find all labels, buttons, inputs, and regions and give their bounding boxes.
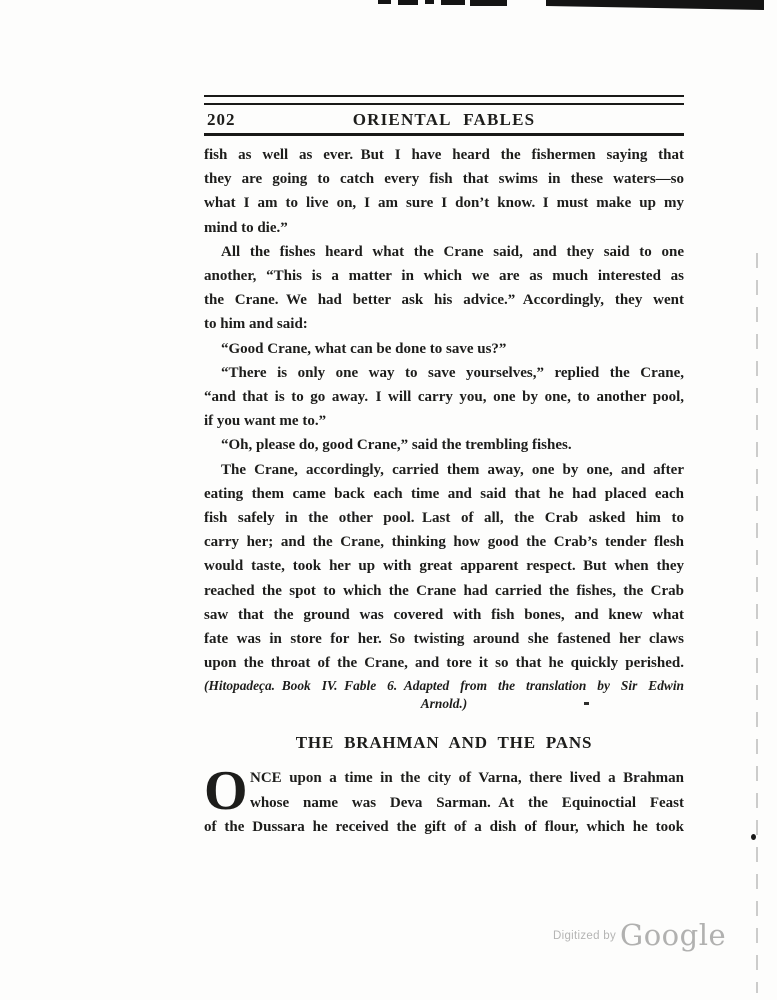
text-line: fish safely in the other pool. Last of a…	[204, 506, 684, 530]
text-line: eating them came back each time and said…	[204, 482, 684, 506]
text-line: the Crane. We had better ask his advice.…	[204, 288, 684, 312]
section-heading: THE BRAHMAN AND THE PANS	[204, 733, 684, 753]
scan-edge-line	[756, 253, 758, 993]
fable-brahman-text: O NCE upon a time in the city of Varna, …	[204, 766, 684, 839]
text-line: to him and said:	[204, 312, 684, 336]
watermark-prefix: Digitized by	[553, 930, 616, 942]
text-line: All the fishes heard what the Crane said…	[204, 240, 684, 264]
text-line: The Crane, accordingly, carried them awa…	[204, 458, 684, 482]
citation-line: (Hitopadeça. Book IV. Fable 6. Adapted f…	[204, 677, 684, 695]
text-line: “Oh, please do, good Crane,” said the tr…	[204, 433, 684, 457]
text-line: reached the spot to which the Crane had …	[204, 579, 684, 603]
text-line: “Good Crane, what can be done to save us…	[204, 337, 684, 361]
digitized-watermark: Digitized by Google	[553, 918, 726, 952]
fable-citation: (Hitopadeça. Book IV. Fable 6. Adapted f…	[204, 677, 684, 712]
citation-line: Arnold.)	[204, 695, 684, 713]
text-line: another, “This is a matter in which we a…	[204, 264, 684, 288]
header-double-rule	[204, 95, 684, 105]
text-line: upon the throat of the Crane, and tore i…	[204, 651, 684, 675]
text-line: they are going to catch every fish that …	[204, 167, 684, 191]
header-rule	[204, 133, 684, 136]
text-line: carry her; and the Crane, thinking how g…	[204, 530, 684, 554]
page-number: 202	[207, 110, 236, 130]
scan-ink-dot	[751, 834, 756, 840]
text-line: “There is only one way to save yourselve…	[204, 361, 684, 385]
running-title: ORIENTAL FABLES	[204, 108, 684, 130]
running-header: 202 ORIENTAL FABLES	[204, 108, 684, 133]
google-logo: Google	[620, 918, 726, 952]
text-line: whose name was Deva Sarman. At the Equin…	[204, 791, 684, 815]
text-line: would taste, took her up with great appa…	[204, 554, 684, 578]
text-line: NCE upon a time in the city of Varna, th…	[204, 766, 684, 790]
book-page-scan: 202 ORIENTAL FABLES fish as well as ever…	[0, 0, 777, 1000]
text-line: if you want me to.”	[204, 409, 684, 433]
text-line: what I am to live on, I am sure I don’t …	[204, 191, 684, 215]
text-line: mind to die.”	[204, 216, 684, 240]
text-line: fish as well as ever. But I have heard t…	[204, 143, 684, 167]
scan-artifact-bar	[546, 0, 764, 10]
text-line: saw that the ground was covered with fis…	[204, 603, 684, 627]
scan-artifact-dash	[378, 0, 391, 4]
text-line: of the Dussara he received the gift of a…	[204, 815, 684, 839]
scan-artifact-dash	[441, 0, 465, 5]
fable-crane-text: fish as well as ever. But I have heard t…	[204, 143, 684, 675]
page-content: 202 ORIENTAL FABLES fish as well as ever…	[204, 95, 684, 839]
text-line: fate was in store for her. So twisting a…	[204, 627, 684, 651]
drop-cap: O	[204, 769, 245, 814]
text-line: “and that is to go away. I will carry yo…	[204, 385, 684, 409]
scan-artifact-dash	[470, 0, 507, 6]
scan-artifact-dash	[425, 0, 434, 4]
scan-artifact-dash	[398, 0, 418, 5]
